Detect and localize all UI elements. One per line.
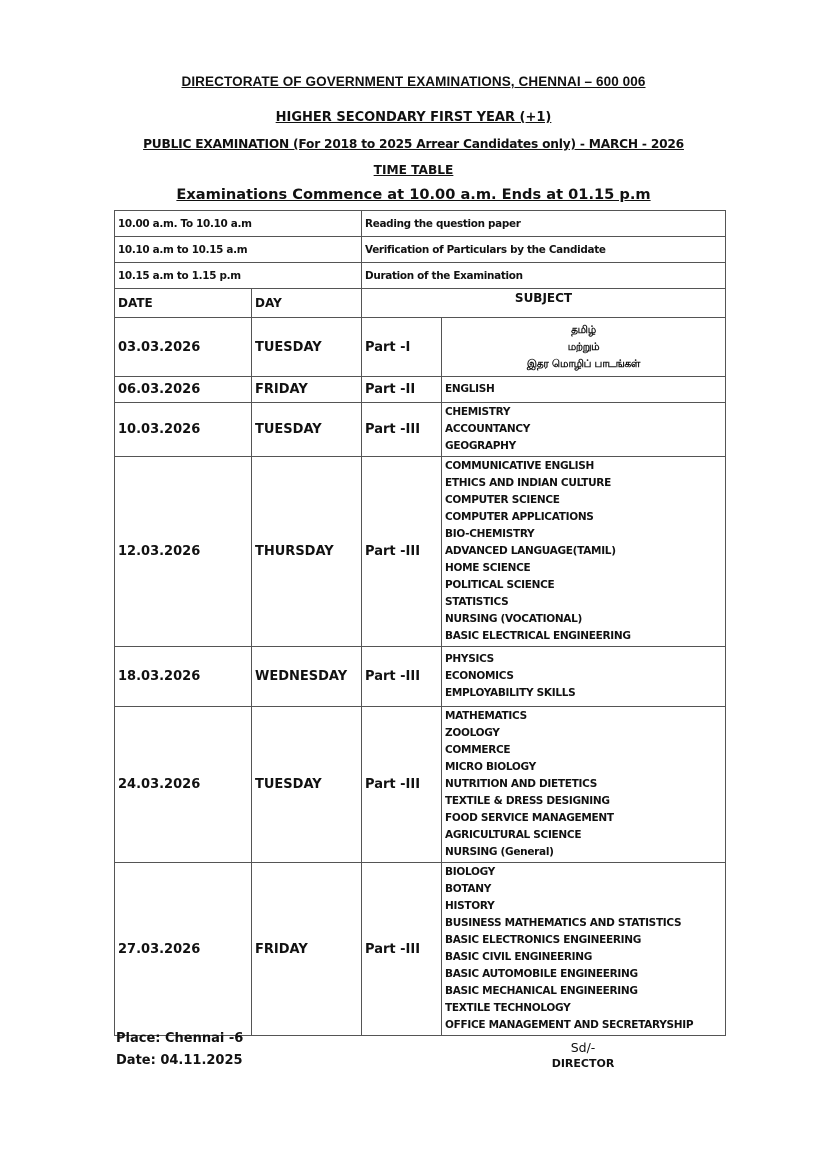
subject-item: BASIC MECHANICAL ENGINEERING xyxy=(445,983,722,1000)
timetable-document: DIRECTORATE OF GOVERNMENT EXAMINATIONS, … xyxy=(0,0,827,1169)
subject-item: BOTANY xyxy=(445,881,722,898)
schedule-row: 06.03.2026FRIDAYPart -IIENGLISH xyxy=(115,377,726,403)
subject-item: STATISTICS xyxy=(445,594,722,611)
timing-activity: Duration of the Examination xyxy=(362,263,726,289)
column-header-date: DATE xyxy=(115,289,252,318)
timing-row: 10.15 a.m to 1.15 p.m Duration of the Ex… xyxy=(115,263,726,289)
subject-item: GEOGRAPHY xyxy=(445,438,722,455)
subject-item: COMMUNICATIVE ENGLISH xyxy=(445,458,722,475)
subject-item: BASIC AUTOMOBILE ENGINEERING xyxy=(445,966,722,983)
schedule-row: 10.03.2026TUESDAYPart -IIICHEMISTRYACCOU… xyxy=(115,403,726,457)
schedule-row: 27.03.2026FRIDAYPart -IIIBIOLOGYBOTANYHI… xyxy=(115,863,726,1036)
exam-part: Part -III xyxy=(362,707,442,863)
subject-item: BUSINESS MATHEMATICS AND STATISTICS xyxy=(445,915,722,932)
exam-day: THURSDAY xyxy=(252,457,362,647)
subject-item: BASIC CIVIL ENGINEERING xyxy=(445,949,722,966)
subject-list: COMMUNICATIVE ENGLISHETHICS AND INDIAN C… xyxy=(442,457,726,647)
column-header-subject: SUBJECT xyxy=(362,289,726,318)
subject-item: ECONOMICS xyxy=(445,668,722,685)
subject-item: NURSING (VOCATIONAL) xyxy=(445,611,722,628)
schedule-row: 18.03.2026WEDNESDAYPart -IIIPHYSICS ECON… xyxy=(115,647,726,707)
subject-item: HISTORY xyxy=(445,898,722,915)
subject-item: NUTRITION AND DIETETICS xyxy=(445,776,722,793)
subject-item: MATHEMATICS xyxy=(445,708,722,725)
exam-date: 06.03.2026 xyxy=(115,377,252,403)
schedule-row: 03.03.2026TUESDAYPart -Iதமிழ்மற்றும்இதர … xyxy=(115,318,726,377)
exam-day: WEDNESDAY xyxy=(252,647,362,707)
timing-activity: Reading the question paper xyxy=(362,211,726,237)
subject-list: MATHEMATICSZOOLOGYCOMMERCEMICRO BIOLOGYN… xyxy=(442,707,726,863)
exam-part: Part -III xyxy=(362,457,442,647)
subject-item: BIOLOGY xyxy=(445,864,722,881)
subject-item: TEXTILE & DRESS DESIGNING xyxy=(445,793,722,810)
exam-part: Part -I xyxy=(362,318,442,377)
schedule-row: 24.03.2026TUESDAYPart -IIIMATHEMATICSZOO… xyxy=(115,707,726,863)
timing-row: 10.10 a.m to 10.15 a.m Verification of P… xyxy=(115,237,726,263)
timetable: 10.00 a.m. To 10.10 a.m Reading the ques… xyxy=(114,210,726,1036)
subject-item: TEXTILE TECHNOLOGY xyxy=(445,1000,722,1017)
subject-item: POLITICAL SCIENCE xyxy=(445,577,722,594)
exam-part: Part -III xyxy=(362,863,442,1036)
subject-item: இதர மொழிப் பாடங்கள் xyxy=(445,356,722,373)
timing-row: 10.00 a.m. To 10.10 a.m Reading the ques… xyxy=(115,211,726,237)
exam-part: Part -III xyxy=(362,403,442,457)
exam-date: 27.03.2026 xyxy=(115,863,252,1036)
subject-item: ZOOLOGY xyxy=(445,725,722,742)
subject-item: BIO-CHEMISTRY xyxy=(445,526,722,543)
subject-item: PHYSICS xyxy=(445,651,722,668)
subject-item: ENGLISH xyxy=(445,381,722,398)
column-header-row: DATE DAY SUBJECT xyxy=(115,289,726,318)
exam-part: Part -III xyxy=(362,647,442,707)
exam-day: TUESDAY xyxy=(252,707,362,863)
exam-day: FRIDAY xyxy=(252,377,362,403)
signature-label: Sd/- xyxy=(0,1040,827,1055)
subject-item: COMMERCE xyxy=(445,742,722,759)
timing-time: 10.15 a.m to 1.15 p.m xyxy=(115,263,362,289)
subject-item: EMPLOYABILITY SKILLS xyxy=(445,685,722,702)
subject-list: ENGLISH xyxy=(442,377,726,403)
subject-item: BASIC ELECTRONICS ENGINEERING xyxy=(445,932,722,949)
subject-item: BASIC ELECTRICAL ENGINEERING xyxy=(445,628,722,645)
subject-list: தமிழ்மற்றும்இதர மொழிப் பாடங்கள் xyxy=(442,318,726,377)
commence-heading: Examinations Commence at 10.00 a.m. Ends… xyxy=(0,186,827,203)
subject-item: HOME SCIENCE xyxy=(445,560,722,577)
column-header-day: DAY xyxy=(252,289,362,318)
subject-item: ETHICS AND INDIAN CULTURE xyxy=(445,475,722,492)
timing-time: 10.10 a.m to 10.15 a.m xyxy=(115,237,362,263)
subject-item: மற்றும் xyxy=(445,339,722,356)
course-heading: HIGHER SECONDARY FIRST YEAR (+1) xyxy=(0,110,827,125)
timing-time: 10.00 a.m. To 10.10 a.m xyxy=(115,211,362,237)
subject-list: BIOLOGYBOTANYHISTORYBUSINESS MATHEMATICS… xyxy=(442,863,726,1036)
subject-item: MICRO BIOLOGY xyxy=(445,759,722,776)
exam-date: 10.03.2026 xyxy=(115,403,252,457)
exam-date: 03.03.2026 xyxy=(115,318,252,377)
subject-item: FOOD SERVICE MANAGEMENT xyxy=(445,810,722,827)
exam-date: 18.03.2026 xyxy=(115,647,252,707)
timetable-heading: TIME TABLE xyxy=(0,163,827,177)
designation-label: DIRECTOR xyxy=(0,1057,827,1070)
subject-list: PHYSICS ECONOMICSEMPLOYABILITY SKILLS xyxy=(442,647,726,707)
subject-item: COMPUTER APPLICATIONS xyxy=(445,509,722,526)
subject-item: NURSING (General) xyxy=(445,844,722,861)
exam-day: FRIDAY xyxy=(252,863,362,1036)
subject-item: COMPUTER SCIENCE xyxy=(445,492,722,509)
subject-item: AGRICULTURAL SCIENCE xyxy=(445,827,722,844)
subject-item: CHEMISTRY xyxy=(445,404,722,421)
exam-heading: PUBLIC EXAMINATION (For 2018 to 2025 Arr… xyxy=(0,137,827,151)
subject-item: ADVANCED LANGUAGE(TAMIL) xyxy=(445,543,722,560)
exam-day: TUESDAY xyxy=(252,318,362,377)
exam-part: Part -II xyxy=(362,377,442,403)
subject-item: தமிழ் xyxy=(445,322,722,339)
schedule-row: 12.03.2026THURSDAYPart -IIICOMMUNICATIVE… xyxy=(115,457,726,647)
exam-date: 24.03.2026 xyxy=(115,707,252,863)
exam-day: TUESDAY xyxy=(252,403,362,457)
subject-item: ACCOUNTANCY xyxy=(445,421,722,438)
directorate-heading: DIRECTORATE OF GOVERNMENT EXAMINATIONS, … xyxy=(0,74,827,89)
subject-list: CHEMISTRYACCOUNTANCYGEOGRAPHY xyxy=(442,403,726,457)
subject-item: OFFICE MANAGEMENT AND SECRETARYSHIP xyxy=(445,1017,722,1034)
timing-activity: Verification of Particulars by the Candi… xyxy=(362,237,726,263)
exam-date: 12.03.2026 xyxy=(115,457,252,647)
